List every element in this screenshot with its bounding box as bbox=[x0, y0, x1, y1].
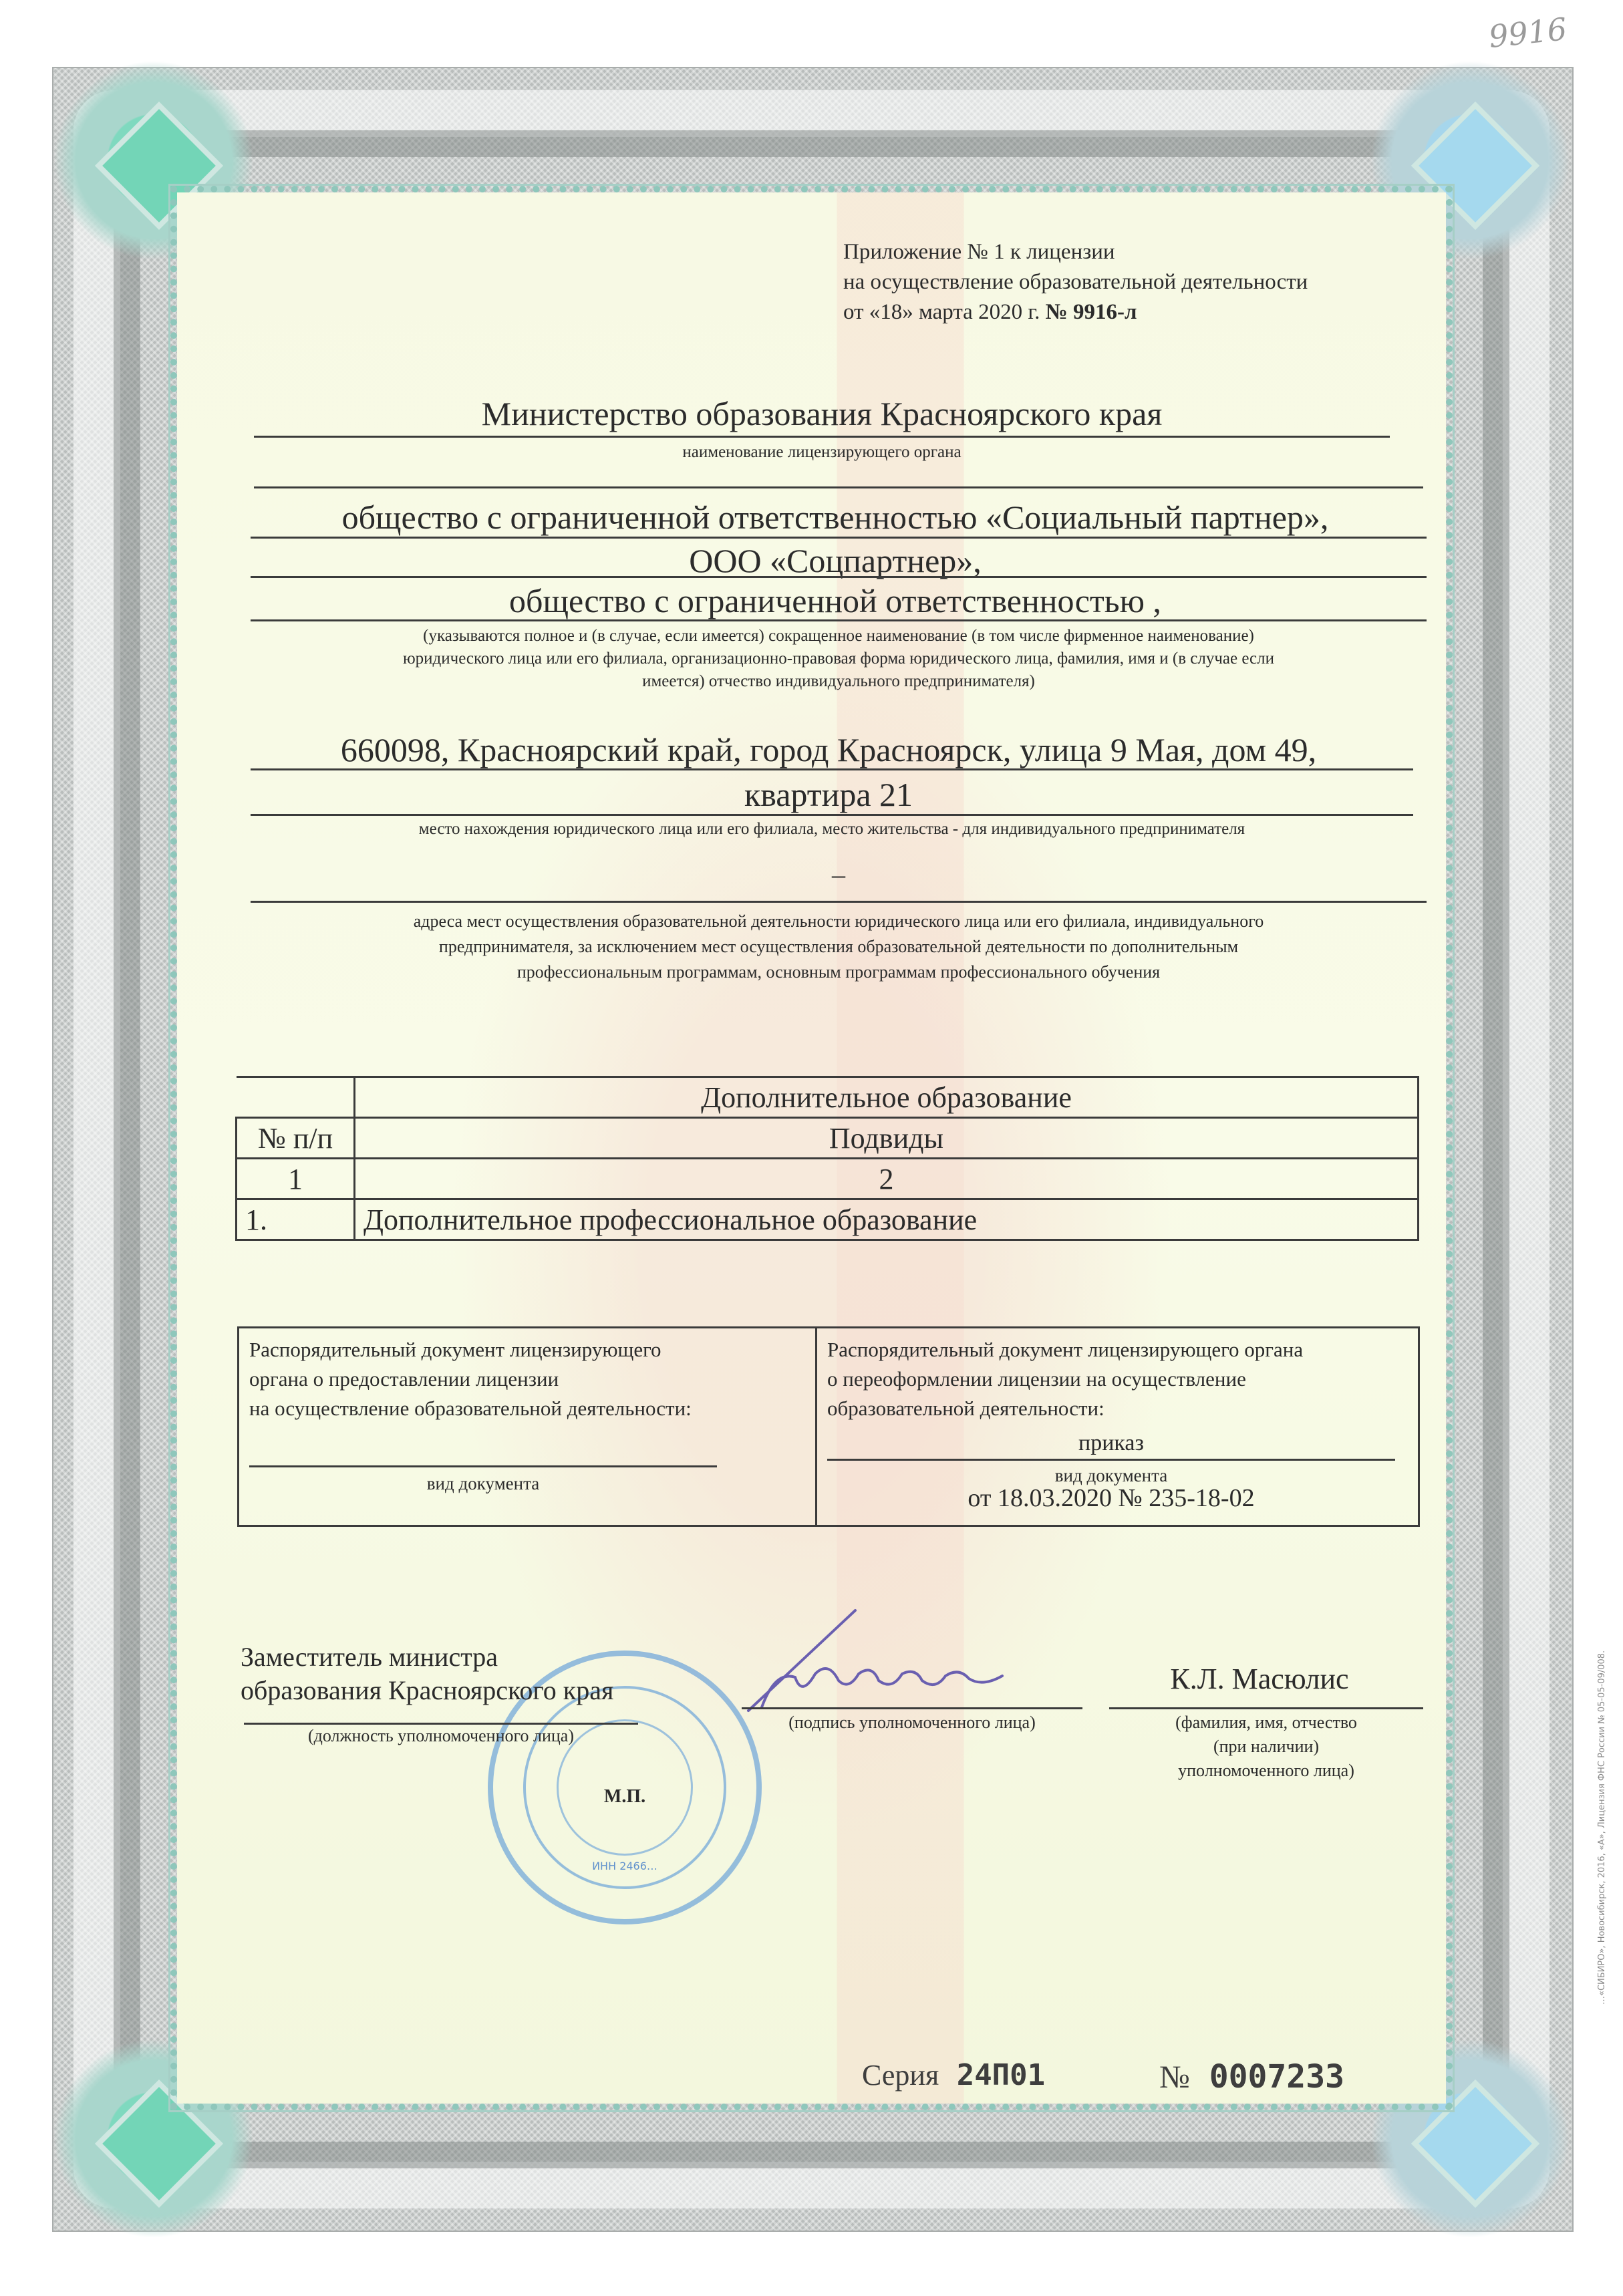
number-value: 0007233 bbox=[1209, 2058, 1344, 2096]
appendix-line-2: на осуществление образовательной деятель… bbox=[843, 267, 1308, 297]
activity-caption-line-2: предпринимателя, за исключением мест осу… bbox=[251, 934, 1427, 960]
col-header-subtypes: Подвиды bbox=[355, 1118, 1419, 1159]
license-number: № 9916-л bbox=[1046, 300, 1137, 324]
field-line bbox=[251, 537, 1427, 539]
field-line bbox=[742, 1707, 1082, 1709]
field-line bbox=[251, 576, 1427, 578]
location-caption: место нахождения юридического лица или е… bbox=[251, 818, 1413, 841]
name-caption-line-3: уполномоченного лица) bbox=[1109, 1759, 1423, 1783]
licensee-full-name: общество с ограниченной ответственностью… bbox=[251, 498, 1420, 537]
field-line bbox=[254, 436, 1390, 438]
administrative-documents: Распорядительный документ лицензирующего… bbox=[237, 1326, 1420, 1527]
stamp-label: М.П. bbox=[493, 1786, 756, 1808]
reissue-line-2: о переоформлении лицензии на осуществлен… bbox=[827, 1365, 1408, 1394]
grant-line-1: Распорядительный документ лицензирующего bbox=[249, 1335, 805, 1365]
name-caption-line-2: (при наличии) bbox=[1109, 1735, 1423, 1759]
field-line bbox=[254, 486, 1423, 488]
licensee-short-name: ООО «Соцпартнер», bbox=[251, 541, 1420, 580]
row-subtype: Дополнительное профессиональное образова… bbox=[355, 1199, 1419, 1240]
name-caption: (фамилия, имя, отчество (при наличии) уп… bbox=[1109, 1711, 1423, 1783]
grant-doc-type-caption: вид документа bbox=[249, 1469, 717, 1498]
index-cell: 1 bbox=[237, 1159, 355, 1199]
reissue-doc-type: приказ bbox=[827, 1429, 1395, 1458]
appendix-header: Приложение № 1 к лицензии на осуществлен… bbox=[843, 237, 1308, 327]
activity-caption-line-3: профессиональным программам, основным пр… bbox=[251, 960, 1427, 985]
reissue-document-cell: Распорядительный документ лицензирующего… bbox=[817, 1328, 1418, 1525]
reissue-line-3: образовательной деятельности: bbox=[827, 1394, 1408, 1423]
location-apartment: квартира 21 bbox=[251, 775, 1407, 814]
handwritten-number: 9916 bbox=[1487, 11, 1568, 55]
licensee-legal-form: общество с ограниченной ответственностью… bbox=[251, 581, 1420, 620]
appendix-date: от «18» марта 2020 г. bbox=[843, 300, 1040, 324]
name-caption-line-1: (фамилия, имя, отчество bbox=[1109, 1711, 1423, 1735]
licensee-caption-line-1: (указываются полное и (в случае, если им… bbox=[251, 625, 1427, 648]
field-line bbox=[251, 814, 1413, 816]
education-subtypes-table: Дополнительное образование № п/п Подвиды… bbox=[235, 1076, 1419, 1241]
grant-line-3: на осуществление образовательной деятель… bbox=[249, 1394, 805, 1423]
appendix-line-3: от «18» марта 2020 г. № 9916-л bbox=[843, 297, 1308, 327]
signatory-position: Заместитель министра образования Красноя… bbox=[241, 1640, 613, 1707]
position-line-2: образования Красноярского края bbox=[241, 1674, 613, 1707]
licensing-body-caption: наименование лицензирующего органа bbox=[254, 441, 1390, 464]
position-line-1: Заместитель министра bbox=[241, 1640, 613, 1674]
table-row: 1. Дополнительное профессиональное образ… bbox=[237, 1199, 1419, 1240]
table-title: Дополнительное образование bbox=[355, 1077, 1419, 1118]
index-cell: 2 bbox=[355, 1159, 1419, 1199]
appendix-line-1: Приложение № 1 к лицензии bbox=[843, 237, 1308, 267]
series-label: Серия bbox=[862, 2059, 939, 2092]
signatory-name: К.Л. Масюлис bbox=[1109, 1663, 1410, 1696]
number-label: № bbox=[1159, 2059, 1190, 2095]
table-header-row: № п/п Подвиды bbox=[237, 1118, 1419, 1159]
form-series: Серия 24П01 bbox=[862, 2058, 1045, 2092]
stamp-inn: ИНН 2466… bbox=[493, 1860, 756, 1872]
field-line bbox=[251, 901, 1427, 903]
licensing-body: Министерство образования Красноярского к… bbox=[254, 394, 1390, 433]
table-index-row: 1 2 bbox=[237, 1159, 1419, 1199]
activity-addresses: – bbox=[251, 859, 1427, 890]
position-caption: (должность уполномоченного лица) bbox=[244, 1724, 638, 1748]
printer-note: …«СИБИРО», Новосибирск, 2016, «А», Лицен… bbox=[1597, 1651, 1607, 2005]
series-value: 24П01 bbox=[957, 2058, 1045, 2092]
activity-caption-line-1: адреса мест осуществления образовательно… bbox=[251, 909, 1427, 934]
grant-line-2: органа о предоставлении лицензии bbox=[249, 1365, 805, 1394]
reissue-line-1: Распорядительный документ лицензирующего… bbox=[827, 1335, 1408, 1365]
col-header-number: № п/п bbox=[237, 1118, 355, 1159]
activity-addresses-caption: адреса мест осуществления образовательно… bbox=[251, 909, 1427, 985]
table-title-row: Дополнительное образование bbox=[237, 1077, 1419, 1118]
field-line bbox=[251, 768, 1413, 770]
location-address: 660098, Красноярский край, город Красноя… bbox=[251, 730, 1407, 769]
reissue-doc-ref: от 18.03.2020 № 235-18-02 bbox=[827, 1483, 1395, 1513]
field-line bbox=[249, 1465, 717, 1467]
field-line bbox=[1109, 1707, 1423, 1709]
licensee-caption-line-3: имеется) отчество индивидуального предпр… bbox=[251, 670, 1427, 693]
form-number: № 0007233 bbox=[1159, 2058, 1344, 2096]
grant-document-cell: Распорядительный документ лицензирующего… bbox=[239, 1328, 817, 1525]
signature-caption: (подпись уполномоченного лица) bbox=[742, 1711, 1082, 1735]
licensee-caption-line-2: юридического лица или его филиала, орган… bbox=[251, 648, 1427, 670]
row-number: 1. bbox=[237, 1199, 355, 1240]
licensee-caption: (указываются полное и (в случае, если им… bbox=[251, 625, 1427, 693]
field-line bbox=[251, 619, 1427, 621]
